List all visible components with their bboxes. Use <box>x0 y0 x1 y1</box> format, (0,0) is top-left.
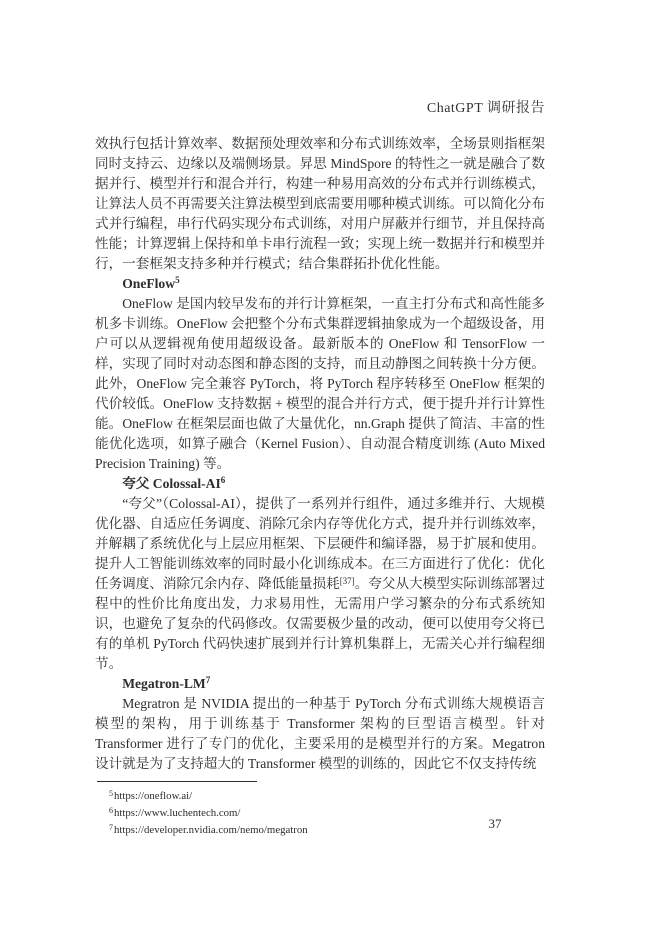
footnote-number-6: 6 <box>109 806 113 815</box>
paragraph-colossal-ai: “夸父”（Colossal-AI），提供了一系列并行组件，通过多维并行、大规模优… <box>95 494 545 674</box>
footnote-marker-7: 7 <box>206 675 211 685</box>
text-block: 效执行包括计算效率、数据预处理效率和分布式训练效率，全场景则指框架同时支持云、边… <box>95 134 545 839</box>
footnote-marker-6: 6 <box>221 475 226 485</box>
footnote-url-oneflow[interactable]: https://oneflow.ai/ <box>114 790 192 802</box>
footnote-item-5: 5https://oneflow.ai/ <box>95 788 545 805</box>
heading-colossal-ai-text: 夸父 Colossal-AI <box>122 476 221 491</box>
footnote-url-luchentech[interactable]: https://www.luchentech.com/ <box>114 807 240 819</box>
footnote-number-7: 7 <box>109 823 113 832</box>
paragraph-mindspore-continuation: 效执行包括计算效率、数据预处理效率和分布式训练效率，全场景则指框架同时支持云、边… <box>95 134 545 274</box>
running-header: ChatGPT 调研报告 <box>95 97 545 117</box>
heading-colossal-ai: 夸父 Colossal-AI6 <box>95 474 545 494</box>
heading-oneflow: OneFlow5 <box>95 274 545 294</box>
page-number: 37 <box>477 816 513 832</box>
heading-megatron-lm: Megatron-LM7 <box>95 674 545 694</box>
footnote-marker-5: 5 <box>175 275 180 285</box>
heading-oneflow-text: OneFlow <box>122 276 175 291</box>
paragraph-megatron: Megratron 是 NVIDIA 提出的一种基于 PyTorch 分布式训练… <box>95 694 545 774</box>
footnote-separator-rule <box>97 781 257 782</box>
header-title: ChatGPT 调研报告 <box>427 101 545 116</box>
citation-marker-37: [37] <box>340 576 355 586</box>
footnote-number-5: 5 <box>109 789 113 798</box>
heading-megatron-lm-text: Megatron-LM <box>122 676 206 691</box>
document-page: ChatGPT 调研报告 效执行包括计算效率、数据预处理效率和分布式训练效率，全… <box>0 0 660 934</box>
footnote-url-nvidia-megatron[interactable]: https://developer.nvidia.com/nemo/megatr… <box>114 824 308 836</box>
paragraph-oneflow: OneFlow 是国内较早发布的并行计算框架，一直主打分布式和高性能多机多卡训练… <box>95 294 545 474</box>
